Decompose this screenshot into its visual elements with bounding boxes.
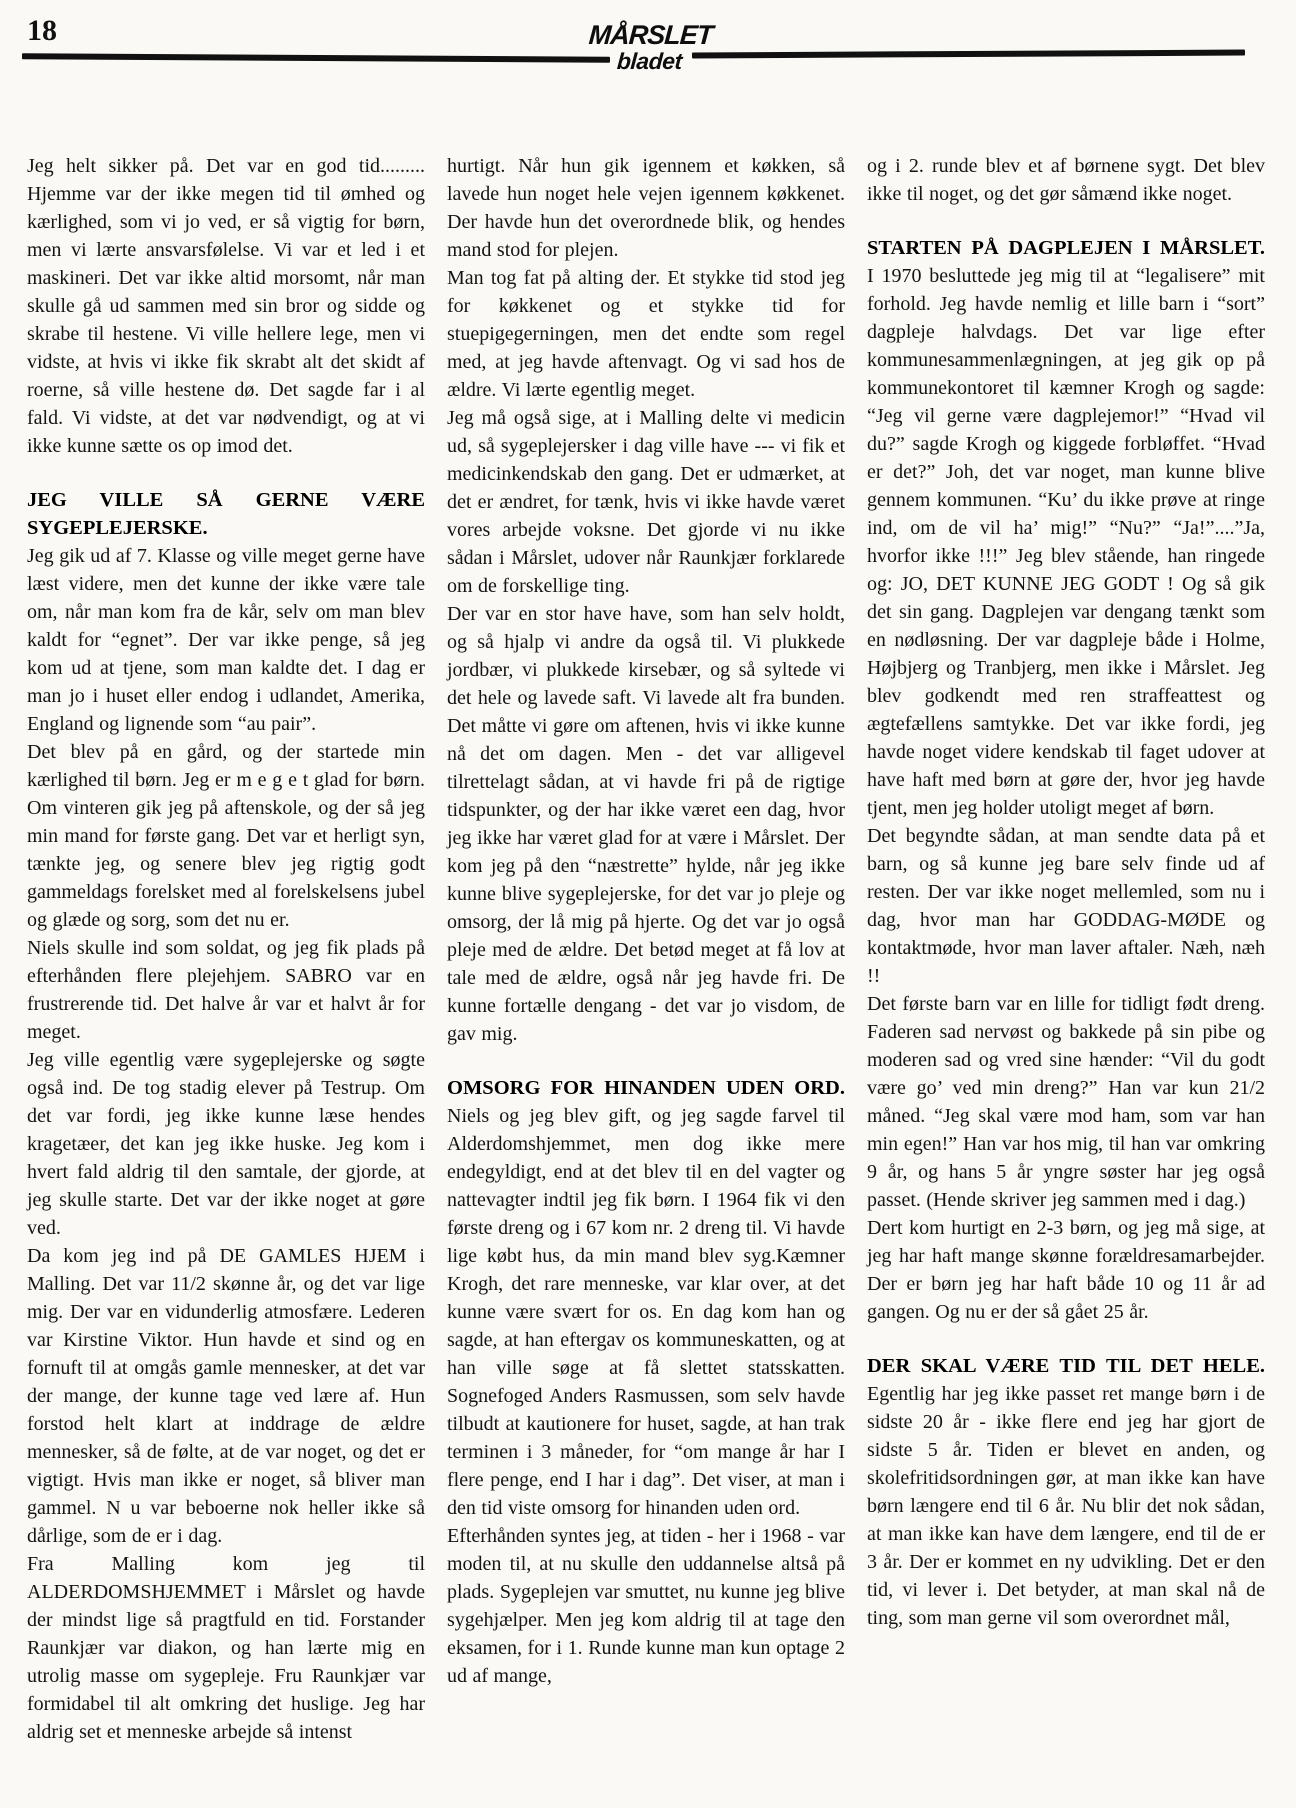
masthead-logo: MÅRSLET bladet (586, 22, 720, 73)
section-heading: STARTEN PÅ DAGPLEJEN I MÅRSLET. (867, 234, 1265, 262)
article-paragraph: Jeg gik ud af 7. Klasse og ville meget g… (27, 542, 425, 738)
article-paragraph: Dert kom hurtigt en 2-3 børn, og jeg må … (867, 1214, 1265, 1326)
article-paragraph: Niels og jeg blev gift, og jeg sagde far… (447, 1102, 845, 1522)
masthead-title: MÅRSLET (588, 22, 720, 49)
page-number: 18 (27, 14, 57, 48)
article-paragraph: Det begyndte sådan, at man sendte data p… (867, 822, 1265, 990)
article-column-1: Jeg helt sikker på. Det var en god tid..… (27, 152, 425, 1746)
article-paragraph: hurtigt. Når hun gik igennem et køkken, … (447, 152, 845, 264)
article-columns: Jeg helt sikker på. Det var en god tid..… (27, 152, 1265, 1746)
article-paragraph: Man tog fat på alting der. Et stykke tid… (447, 264, 845, 404)
article-paragraph: Da kom jeg ind på DE GAMLES HJEM i Malli… (27, 1242, 425, 1550)
article-column-2: hurtigt. Når hun gik igennem et køkken, … (447, 152, 845, 1746)
article-paragraph: Egentlig har jeg ikke passet ret mange b… (867, 1380, 1265, 1632)
article-paragraph: Niels skulle ind som soldat, og jeg fik … (27, 934, 425, 1046)
header-rule-left (22, 53, 610, 63)
section-heading: JEG VILLE SÅ GERNE VÆRE SYGEPLEJERSKE. (27, 486, 425, 542)
article-column-3: og i 2. runde blev et af børnene sygt. D… (867, 152, 1265, 1746)
article-paragraph: I 1970 besluttede jeg mig til at “legali… (867, 262, 1265, 822)
article-paragraph: Jeg ville egentlig være sygeplejerske og… (27, 1046, 425, 1242)
header-rule-right (692, 50, 1245, 59)
scanned-newsletter-page: 18 MÅRSLET bladet Jeg helt sikker på. De… (0, 0, 1296, 1808)
section-heading: DER SKAL VÆRE TID TIL DET HELE. (867, 1352, 1265, 1380)
section-heading: OMSORG FOR HINANDEN UDEN ORD. (447, 1074, 845, 1102)
article-paragraph: Jeg må også sige, at i Malling delte vi … (447, 404, 845, 600)
article-paragraph: Efterhånden syntes jeg, at tiden - her i… (447, 1522, 845, 1690)
article-paragraph: Fra Malling kom jeg til ALDERDOMSHJEMMET… (27, 1550, 425, 1746)
article-paragraph: og i 2. runde blev et af børnene sygt. D… (867, 152, 1265, 208)
article-paragraph: Der var en stor have have, som han selv … (447, 600, 845, 1048)
article-paragraph: Jeg helt sikker på. Det var en god tid..… (27, 152, 425, 460)
article-paragraph: Det første barn var en lille for tidligt… (867, 990, 1265, 1214)
article-paragraph: Det blev på en gård, og der startede min… (27, 738, 425, 934)
